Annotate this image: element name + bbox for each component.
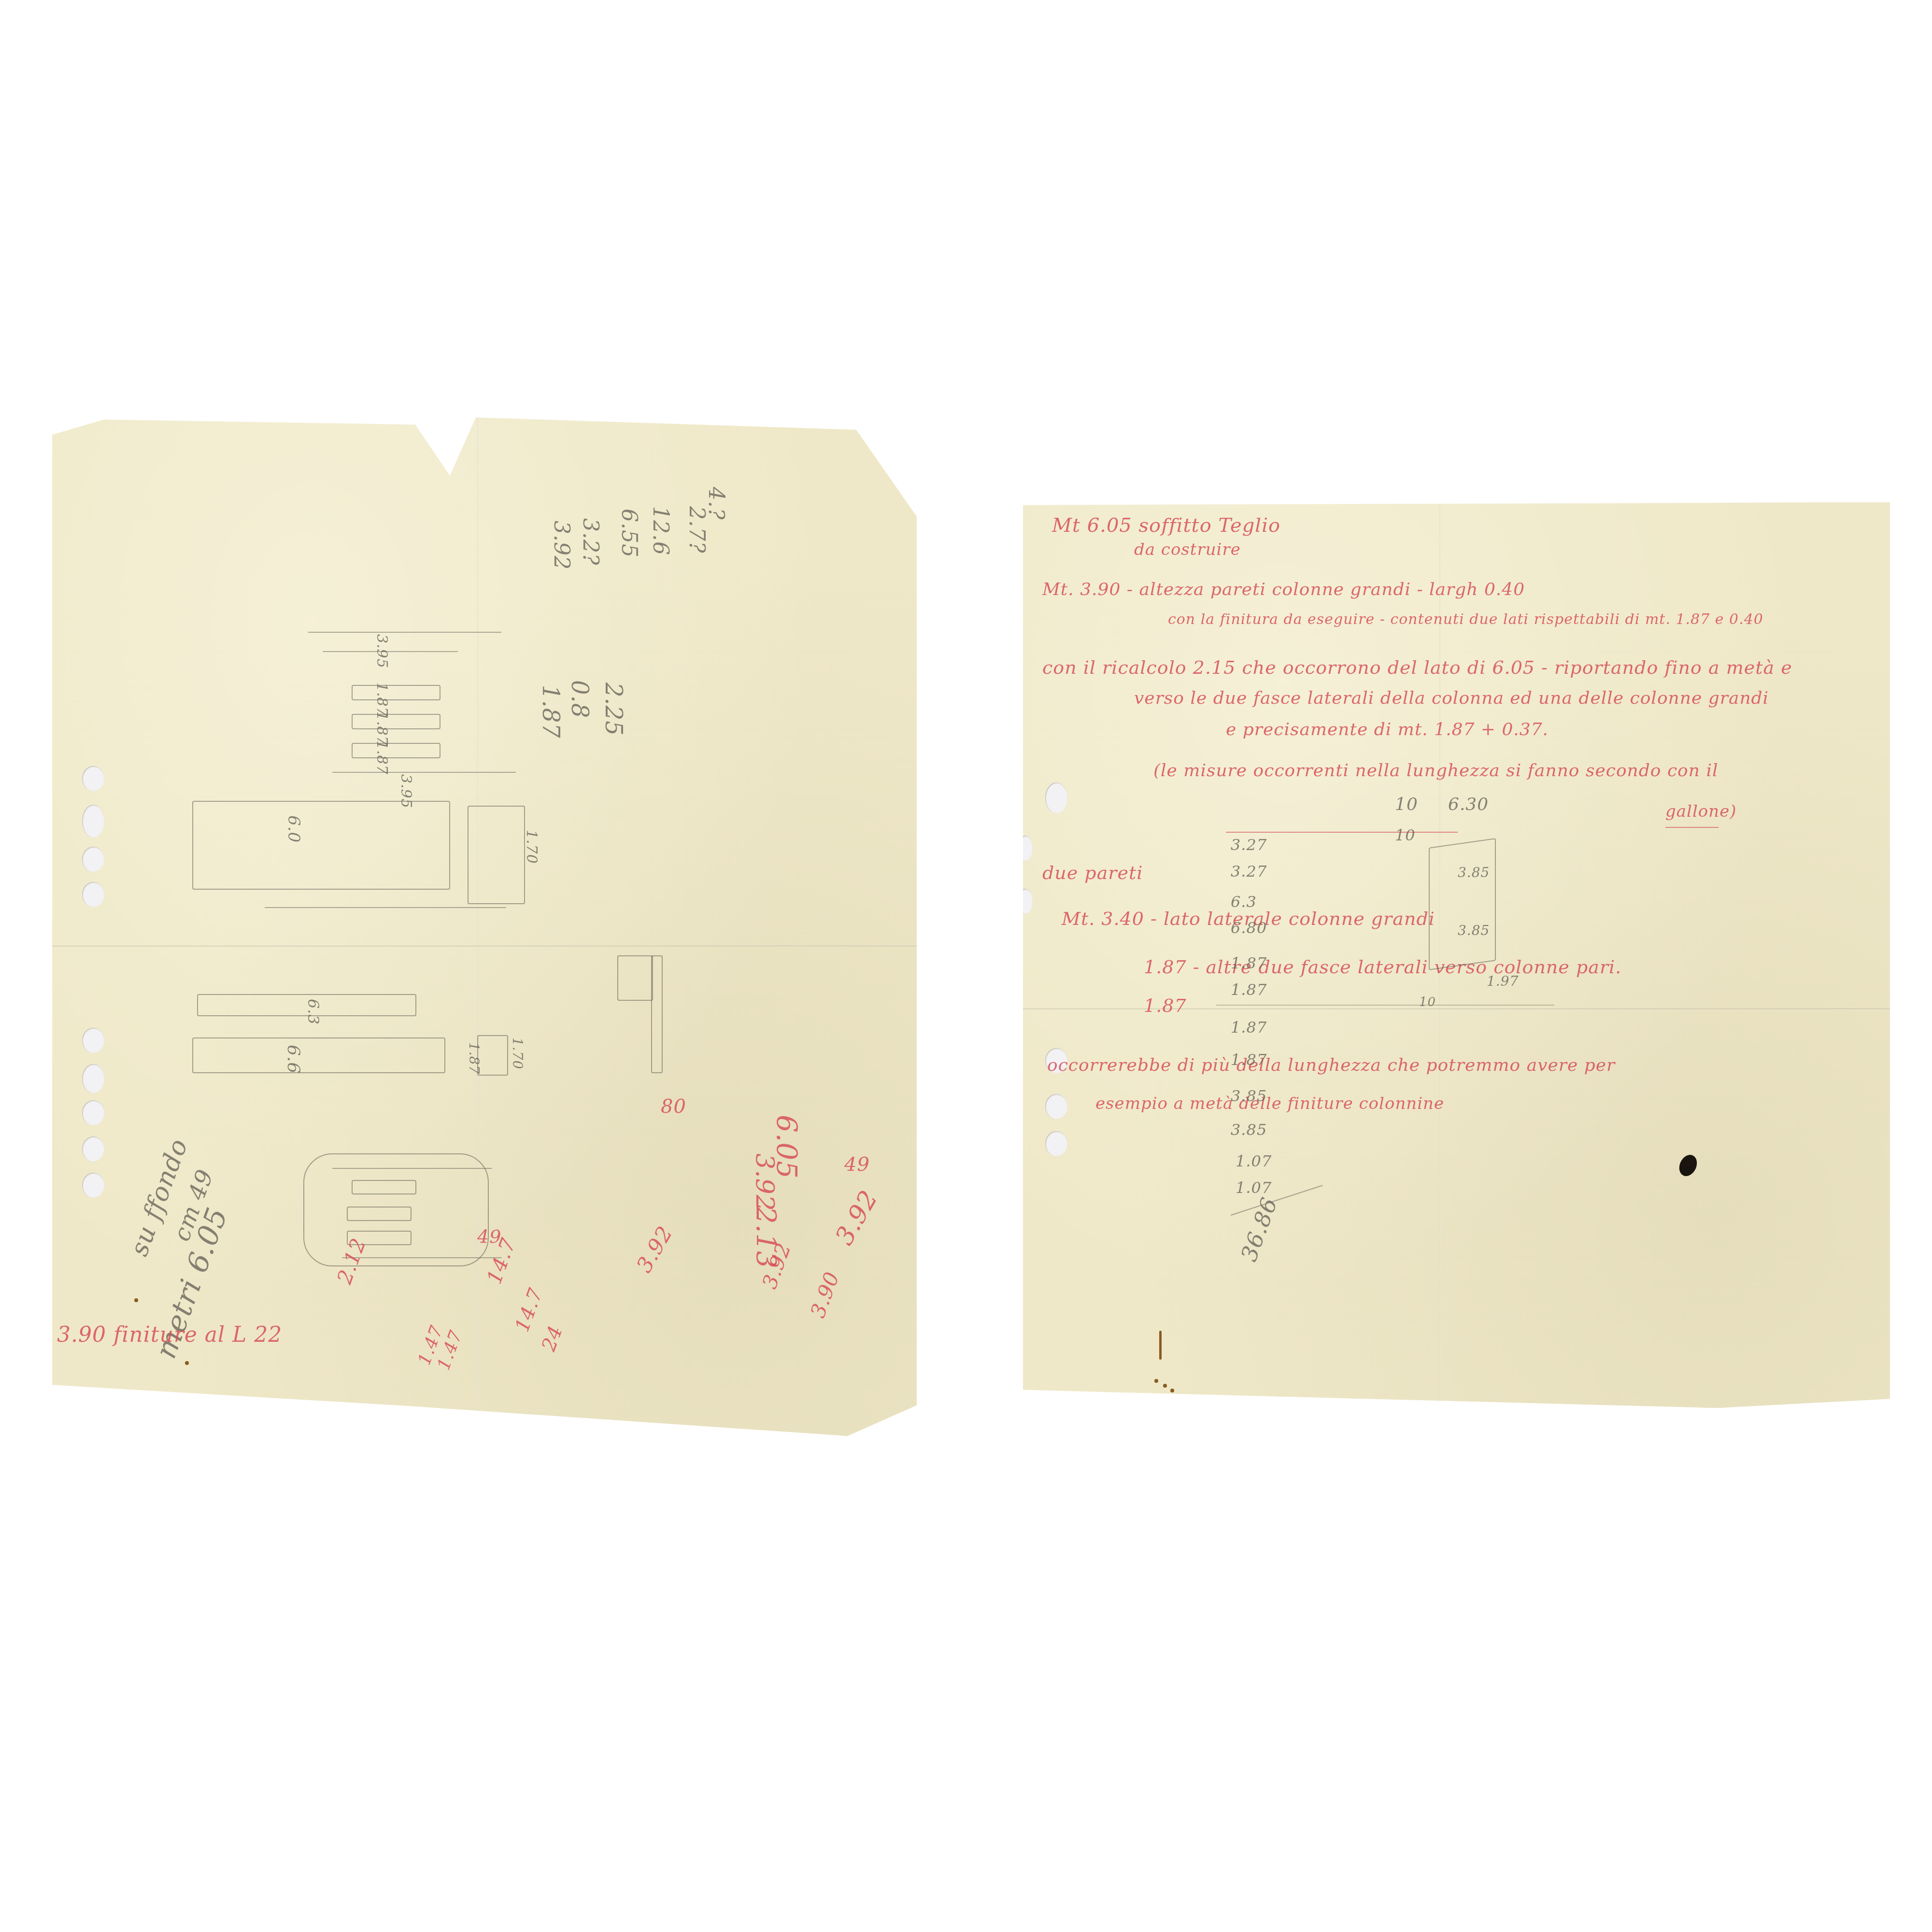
pencil-figure: 10 (1395, 826, 1416, 844)
pencil-figure: 3.85 (1231, 1121, 1267, 1139)
pencil-figure: 1.87 (1231, 980, 1267, 999)
sketch-drawer (352, 685, 440, 700)
punch-hole (82, 1028, 104, 1053)
punch-hole (82, 1064, 104, 1093)
sketch-shelf (332, 1168, 492, 1169)
pencil-figure: 6.55 (617, 509, 641, 558)
pencil-figure: 6.3 (1231, 893, 1257, 911)
vertical-fold-crease (477, 414, 479, 1436)
red-text-line: Mt 6.05 soffitto Teglio (1052, 514, 1280, 537)
sketch-label: 6.3 (304, 999, 323, 1025)
rust-spot (185, 1361, 189, 1365)
punch-hole (1023, 836, 1033, 861)
burn-mark (1676, 1152, 1700, 1179)
pencil-figure: 6.30 (1448, 795, 1489, 814)
sketch-label: 3.95 (398, 774, 414, 809)
pencil-figure: 1.87 (1231, 954, 1267, 972)
pencil-figure: 6.80 (1231, 919, 1267, 937)
red-text-line: 1.87 - altre due fasce laterali verso co… (1144, 956, 1621, 978)
sketch-label: 1.87 (466, 1042, 482, 1074)
pencil-figure: 3.27 (1231, 836, 1267, 854)
red-figure: 3.92 (750, 1153, 779, 1211)
pencil-figure: 1.87 (1231, 1018, 1267, 1037)
right-document-sheet: Mt 6.05 soffitto Teglio da costruire Mt.… (1023, 502, 1890, 1408)
red-text-line: due pareti (1042, 862, 1143, 883)
sketch-shelf-box (192, 1037, 445, 1073)
red-figure: 3.92 (632, 1222, 678, 1277)
pencil-figure: 3.85 (1458, 865, 1490, 881)
pencil-figure: 4.? (704, 487, 728, 520)
red-text-line: con la finitura da eseguire - contenuti … (1168, 611, 1763, 628)
sketch-drawer (352, 743, 440, 758)
sketch-post (651, 955, 663, 1073)
punch-hole (82, 1136, 104, 1162)
pencil-figure: 3.92 (549, 521, 574, 570)
pencil-figure: 0.8 (566, 680, 593, 718)
rust-spot (1163, 1384, 1167, 1388)
pencil-figure: 3.27 (1231, 862, 1267, 881)
pencil-figure: 3.2? (578, 518, 603, 566)
red-text-line: e precisamente di mt. 1.87 + 0.37. (1226, 720, 1548, 739)
sketch-label: 1.70 (523, 830, 540, 864)
punch-hole (82, 882, 104, 907)
sketch-label: 6.6 (284, 1045, 303, 1074)
photo-canvas: { "left_sheet": { "description": "Pencil… (0, 0, 1932, 1932)
punch-hole (1045, 1094, 1067, 1119)
sketch-cabinet-side (468, 806, 525, 904)
left-document-sheet: 3.92 3.2? 6.55 12.6 2.7? 4.? 1.87 0.8 2.… (52, 414, 917, 1436)
pencil-figure: 3.85 (1231, 1087, 1267, 1105)
sketch-drawer (352, 714, 440, 729)
red-text-line: gallone) (1665, 802, 1737, 821)
sketch-label: 3.95 (373, 634, 390, 668)
punch-hole (82, 805, 104, 838)
rust-spot (134, 1298, 138, 1302)
sketch-label: 1.87 (373, 740, 390, 775)
punch-hole (82, 1173, 104, 1198)
red-figure: 80 (661, 1095, 686, 1118)
red-text-line: 1.87 (1144, 995, 1187, 1016)
red-text-line: con il ricalcolo 2.15 che occorrono del … (1042, 657, 1792, 678)
pencil-box-sketch (1429, 838, 1496, 970)
sketch-cabinet-small (617, 955, 653, 1001)
pencil-figure: 10 (1395, 795, 1418, 814)
red-figure: 14.7 (511, 1285, 547, 1335)
horizontal-fold-crease (52, 946, 917, 947)
sketch-shelf (323, 651, 458, 652)
punch-hole (82, 1100, 104, 1125)
punch-hole (82, 847, 104, 872)
red-underline (1665, 827, 1719, 828)
red-underline (1226, 832, 1458, 833)
red-text-line: Mt. 3.90 - altezza pareti colonne grandi… (1042, 580, 1525, 599)
pencil-total: 36.86 (1236, 1194, 1282, 1265)
sketch-shelf (308, 632, 501, 633)
rust-mark (1159, 1331, 1162, 1360)
pencil-figure: 2.25 (600, 682, 627, 736)
punch-hole (82, 766, 104, 791)
pencil-figure: 1.87 (1231, 1051, 1267, 1069)
sketch-label: 6.0 (284, 815, 303, 843)
pencil-rule (1216, 1005, 1554, 1006)
pencil-figure: 1.87 (537, 685, 564, 739)
red-text-line: esempio a metà delle finiture colonnine (1095, 1094, 1444, 1113)
sketch-label: 1.70 (510, 1037, 526, 1069)
red-figure: 49 (844, 1153, 870, 1176)
pencil-figure: 1.07 (1236, 1152, 1272, 1170)
pencil-figure: 1.97 (1487, 973, 1519, 989)
pencil-figure: 3.85 (1458, 923, 1490, 938)
red-figure: 3.92 (830, 1185, 884, 1250)
sketch-shelf (265, 907, 506, 908)
red-text-line: da costruire (1134, 540, 1241, 559)
red-figure: 24 (538, 1322, 567, 1354)
sketch-cabinet (192, 801, 450, 890)
punch-hole (1045, 1131, 1067, 1156)
punch-hole (1045, 782, 1067, 813)
rust-spot (1170, 1389, 1174, 1392)
pencil-figure: 12.6 (648, 506, 673, 555)
sketch-drawer (347, 1207, 412, 1221)
punch-hole (1023, 889, 1033, 914)
pencil-figure: 1.07 (1236, 1179, 1272, 1197)
pencil-figure: 10 (1419, 995, 1436, 1009)
sketch-shelf (342, 1257, 501, 1258)
rust-spot (1154, 1379, 1158, 1383)
sketch-shelf (332, 772, 516, 773)
red-note-bottom: 3.90 finiture al L 22 (57, 1322, 282, 1347)
red-figure: 3.90 (806, 1268, 844, 1321)
sketch-drawer (352, 1180, 416, 1194)
red-text-line: verso le due fasce laterali della colonn… (1134, 688, 1769, 708)
red-text-line: (le misure occorrenti nella lunghezza si… (1153, 761, 1718, 781)
red-text-line: occorrerebbe di più della lunghezza che … (1047, 1055, 1615, 1075)
